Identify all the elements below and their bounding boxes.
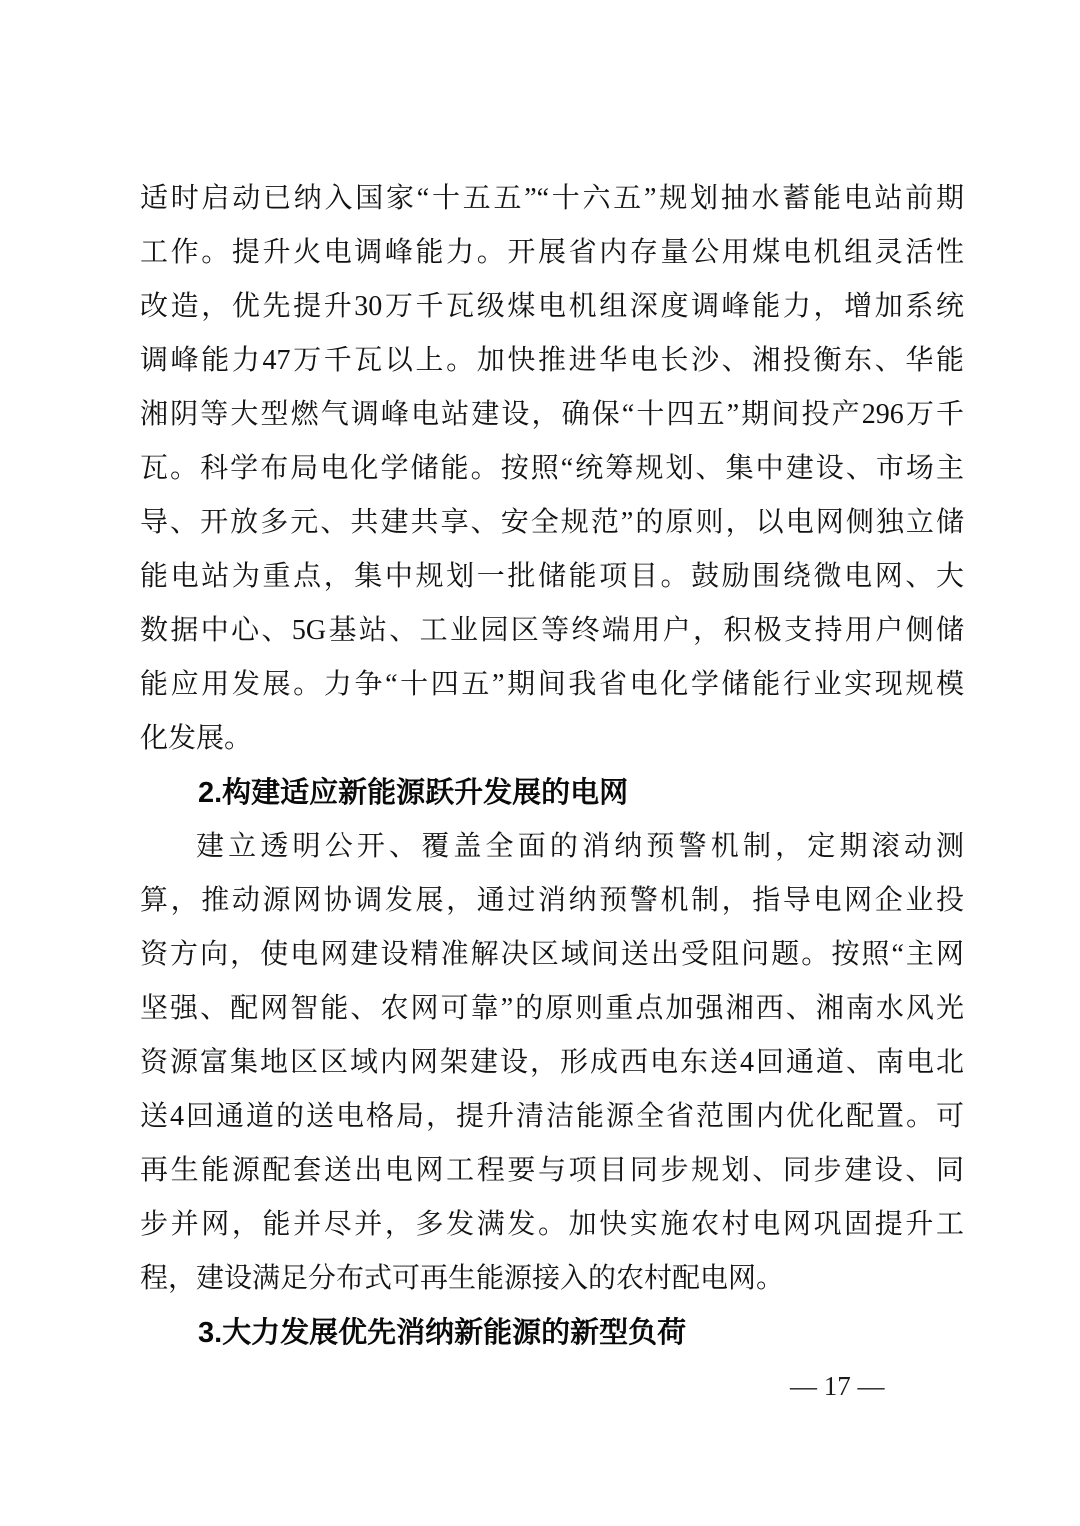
text-line: 坚强、配网智能、农网可靠”的原则重点加强湘西、湘南水风光 [140, 982, 964, 1036]
text-line: 算，推动源网协调发展，通过消纳预警机制，指导电网企业投 [140, 874, 964, 928]
text-line: 化发展。 [140, 712, 964, 766]
text-line: 能应用发展。力争“十四五”期间我省电化学储能行业实现规模 [140, 658, 964, 712]
text-block: 适时启动已纳入国家“十五五”“十六五”规划抽水蓄能电站前期 工作。提升火电调峰能… [140, 172, 964, 1360]
text-line: 适时启动已纳入国家“十五五”“十六五”规划抽水蓄能电站前期 [140, 172, 964, 226]
text-line: 数据中心、5G基站、工业园区等终端用户，积极支持用户侧储 [140, 604, 964, 658]
text-line: 送4回通道的送电格局，提升清洁能源全省范围内优化配置。可 [140, 1090, 964, 1144]
text-line: 建立透明公开、覆盖全面的消纳预警机制，定期滚动测 [140, 820, 964, 874]
text-line: 程，建设满足分布式可再生能源接入的农村配电网。 [140, 1252, 964, 1306]
paragraph-storage: 适时启动已纳入国家“十五五”“十六五”规划抽水蓄能电站前期 工作。提升火电调峰能… [140, 172, 964, 766]
text-line: 改造，优先提升30万千瓦级煤电机组深度调峰能力，增加系统 [140, 280, 964, 334]
paragraph-grid: 建立透明公开、覆盖全面的消纳预警机制，定期滚动测 算，推动源网协调发展，通过消纳… [140, 820, 964, 1306]
text-line: 资方向，使电网建设精准解决区域间送出受阻问题。按照“主网 [140, 928, 964, 982]
text-line: 资源富集地区区域内网架建设，形成西电东送4回通道、南电北 [140, 1036, 964, 1090]
section-heading-3: 3.大力发展优先消纳新能源的新型负荷 [140, 1306, 964, 1360]
text-line: 导、开放多元、共建共享、安全规范”的原则，以电网侧独立储 [140, 496, 964, 550]
text-line: 调峰能力47万千瓦以上。加快推进华电长沙、湘投衡东、华能 [140, 334, 964, 388]
page-number: — 17 — [790, 1370, 900, 1402]
text-line: 步并网，能并尽并，多发满发。加快实施农村电网巩固提升工 [140, 1198, 964, 1252]
section-heading-2: 2.构建适应新能源跃升发展的电网 [140, 766, 964, 820]
text-line: 湘阴等大型燃气调峰电站建设，确保“十四五”期间投产296万千 [140, 388, 964, 442]
document-page: 适时启动已纳入国家“十五五”“十六五”规划抽水蓄能电站前期 工作。提升火电调峰能… [0, 0, 1080, 1526]
text-line: 再生能源配套送出电网工程要与项目同步规划、同步建设、同 [140, 1144, 964, 1198]
text-line: 工作。提升火电调峰能力。开展省内存量公用煤电机组灵活性 [140, 226, 964, 280]
text-line: 能电站为重点，集中规划一批储能项目。鼓励围绕微电网、大 [140, 550, 964, 604]
text-line: 瓦。科学布局电化学储能。按照“统筹规划、集中建设、市场主 [140, 442, 964, 496]
